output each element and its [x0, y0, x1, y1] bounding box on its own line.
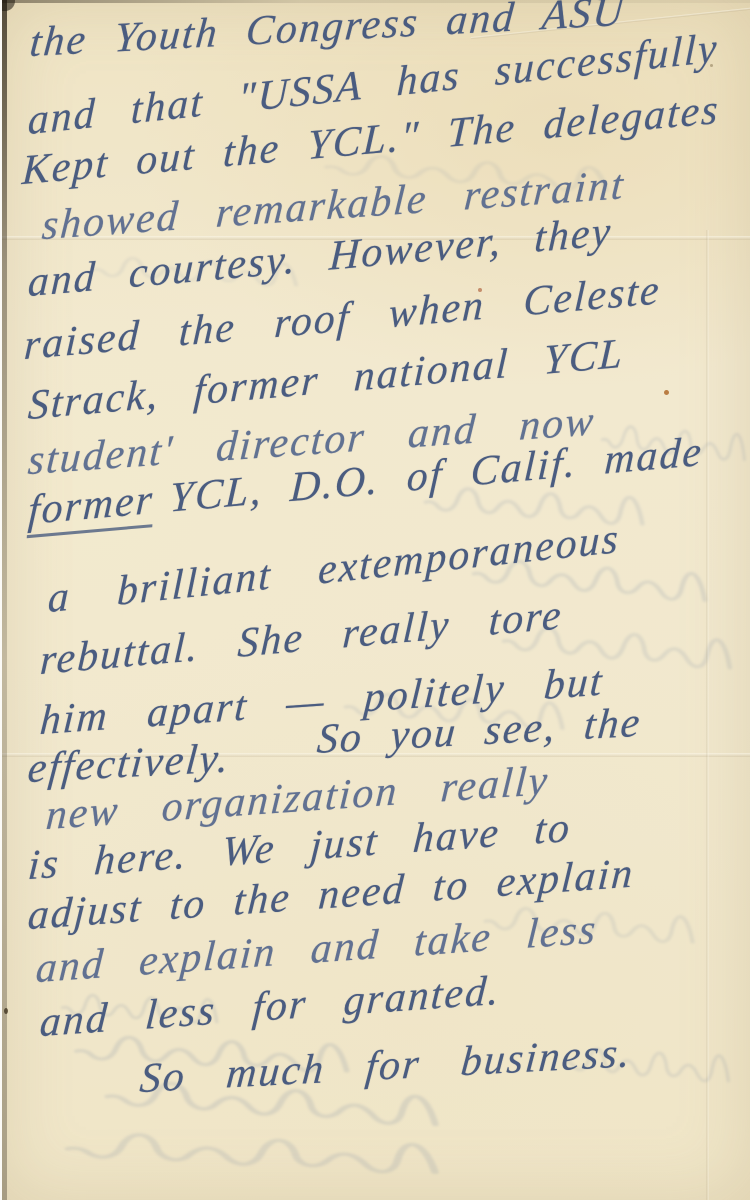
underlined-word: former — [27, 479, 155, 538]
paper-speck — [664, 390, 669, 395]
bleed-through-writing — [61, 1121, 442, 1180]
scan-edge-top — [2, 0, 750, 3]
scan-corner-shadow — [2, 0, 15, 11]
scan-edge-left — [2, 0, 7, 1200]
squiggle-stroke — [61, 1121, 442, 1180]
letter-page: the Youth Congress and ASU and that "USS… — [2, 0, 750, 1200]
scanned-letter-page: { "page": { "description": "Scanned page… — [0, 0, 750, 1200]
